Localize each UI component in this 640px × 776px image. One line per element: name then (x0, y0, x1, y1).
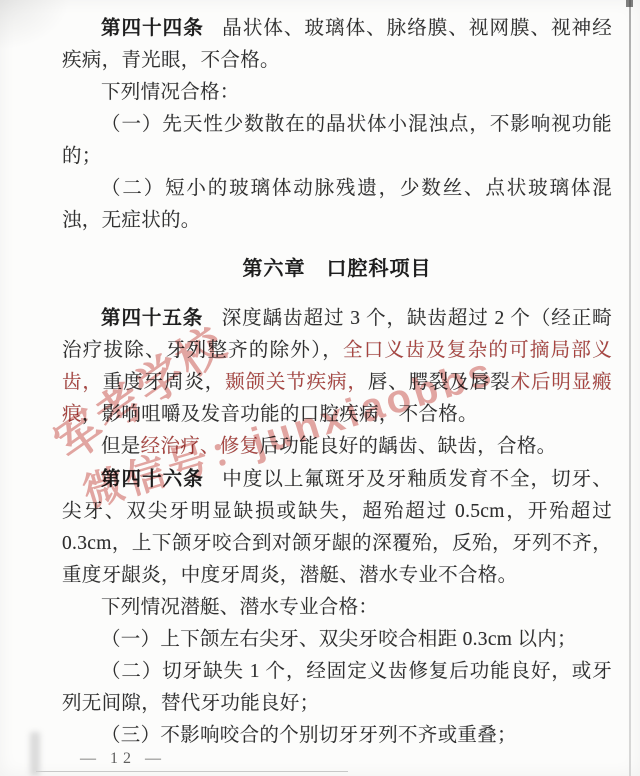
article-44-number: 第四十四条 (101, 17, 204, 39)
article-45-note-red: 经治疗、修复 (141, 436, 260, 457)
document-body: 第四十四条晶状体、玻璃体、脉络膜、视网膜、视神经疾病，青光眼，不合格。 下列情况… (0, 0, 640, 752)
page-number: — 12 — (80, 750, 166, 768)
pass-conditions-intro-44: 下列情况合格： (62, 77, 612, 109)
paragraph-article-45: 第四十五条深度龋齿超过 3 个，缺齿超过 2 个（经正畸治疗拔除、牙列整齐的除外… (62, 302, 612, 431)
scan-artifact-corner-mark (626, 0, 633, 7)
article-45-text-2: 重度牙周炎， (103, 372, 225, 393)
item-46-2: （二）切牙缺失 1 个，经固定义齿修复后功能良好，或牙列无间隙，替代牙功能良好； (62, 656, 612, 720)
chapter-6-heading: 第六章 口腔科项目 (62, 253, 612, 285)
article-45-text-red-2: 颞颌关节疾病， (225, 372, 368, 393)
scan-artifact-top-left-shade (0, 0, 70, 50)
item-44-1: （一）先天性少数散在的晶状体小混浊点，不影响视功能的； (62, 109, 612, 173)
scan-artifact-left-smudge (30, 732, 40, 776)
article-45-note-2: 后功能良好的龋齿、缺齿，合格。 (259, 436, 556, 457)
article-45-number: 第四十五条 (101, 307, 203, 329)
item-46-3: （三）不影响咬合的个别切牙牙列不齐或重叠； (62, 720, 612, 752)
article-45-text-3: 唇、腭裂及唇裂 (368, 372, 511, 393)
scanned-document-page: 第四十四条晶状体、玻璃体、脉络膜、视网膜、视神经疾病，青光眼，不合格。 下列情况… (0, 0, 640, 776)
item-44-2: （二）短小的玻璃体动脉残遗，少数丝、点状玻璃体混浊，无症状的。 (62, 173, 612, 237)
article-46-number: 第四十六条 (101, 468, 204, 490)
article-45-note-1: 但是 (101, 436, 141, 457)
paragraph-article-45-note: 但是经治疗、修复后功能良好的龋齿、缺齿，合格。 (62, 431, 612, 463)
article-45-text-4: ，影响咀嚼及发音功能的口腔疾病，不合格。 (82, 404, 478, 425)
scan-artifact-footer-rule (36, 771, 348, 772)
paragraph-article-44: 第四十四条晶状体、玻璃体、脉络膜、视网膜、视神经疾病，青光眼，不合格。 (62, 12, 612, 77)
paragraph-article-46: 第四十六条中度以上氟斑牙及牙釉质发育不全，切牙、尖牙、双尖牙明显缺损或缺失，超殆… (62, 463, 612, 592)
scan-artifact-right-edge-line (629, 0, 631, 776)
pass-conditions-intro-46: 下列情况潜艇、潜水专业合格： (62, 592, 612, 624)
item-46-1: （一）上下颌左右尖牙、双尖牙咬合相距 0.3cm 以内； (62, 624, 612, 656)
